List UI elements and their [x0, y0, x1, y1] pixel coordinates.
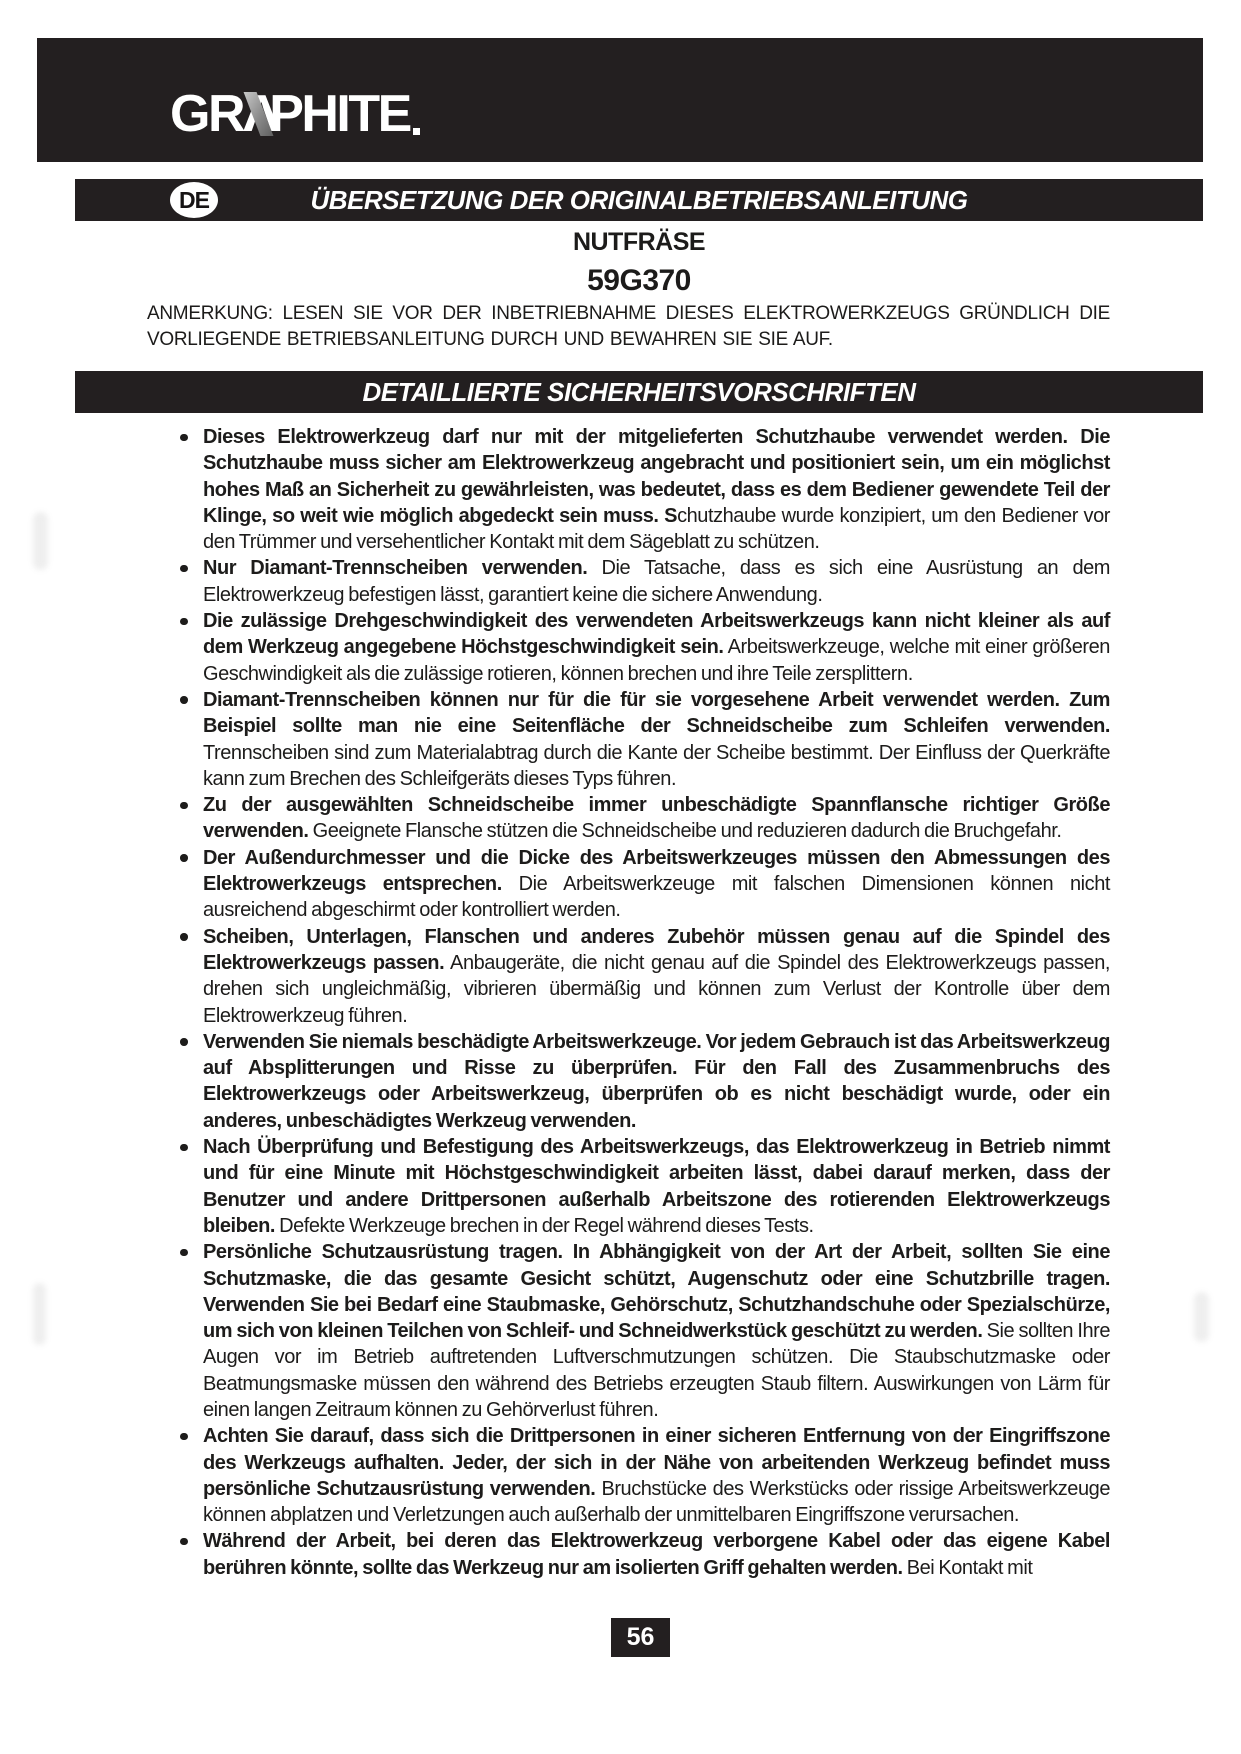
safety-list-item: Der Außendurchmesser und die Dicke des A…: [147, 845, 1110, 924]
scan-artifact: [1194, 1292, 1209, 1342]
bullet-rest-text: Bei Kontakt mit: [903, 1557, 1033, 1579]
manual-page: GR Λ PHITE DE ÜBERSETZUNG DER ORIGINALBE…: [0, 0, 1241, 1754]
scan-artifact: [33, 512, 48, 570]
bullet-bold-text: Persönliche Schutzausrüstung tragen. In …: [203, 1241, 1110, 1342]
scan-artifact: [33, 1283, 46, 1345]
safety-list-item: Während der Arbeit, bei deren das Elektr…: [147, 1528, 1110, 1581]
safety-list-item: Achten Sie darauf, dass sich die Drittpe…: [147, 1423, 1110, 1528]
model-number: 59G370: [75, 264, 1203, 298]
bullet-bold-text: Diamant-Trennscheiben können nur für die…: [203, 689, 1110, 737]
page-number-badge: 56: [611, 1618, 670, 1657]
bullet-rest-text: Geeignete Flansche stützen die Schneidsc…: [309, 820, 1062, 842]
bullet-icon: [180, 1249, 188, 1257]
safety-list-item: Persönliche Schutzausrüstung tragen. In …: [147, 1239, 1110, 1423]
translation-bar-title: ÜBERSETZUNG DER ORIGINALBETRIEBSANLEITUN…: [75, 179, 1203, 221]
bullet-icon: [180, 802, 188, 810]
safety-list-item: Verwenden Sie niemals beschädigte Arbeit…: [147, 1029, 1110, 1134]
bullet-icon: [180, 565, 188, 573]
safety-list-item: Scheiben, Unterlagen, Flanschen und ande…: [147, 924, 1110, 1029]
bullet-icon: [180, 854, 188, 862]
bullet-icon: [180, 434, 188, 442]
section-title: DETAILLIERTE SICHERHEITSVORSCHRIFTEN: [75, 371, 1203, 413]
logo-text-left: GR: [170, 92, 243, 136]
bullet-rest-text: Defekte Werkzeuge brechen in der Regel w…: [275, 1215, 814, 1237]
logo-text-right: PHITE: [269, 92, 410, 136]
safety-list-item: Nur Diamant-Trennscheiben verwenden. Die…: [147, 555, 1110, 608]
safety-list-item: Dieses Elektrowerkzeug darf nur mit der …: [147, 424, 1110, 555]
bullet-icon: [180, 1038, 188, 1046]
note-paragraph: ANMERKUNG: LESEN SIE VOR DER INBETRIEBNA…: [147, 301, 1110, 353]
bullet-icon: [180, 1144, 188, 1152]
brand-header-bar: GR Λ PHITE: [37, 38, 1203, 162]
safety-list-item: Zu der ausgewählten Schneidscheibe immer…: [147, 792, 1110, 845]
bullet-icon: [180, 618, 188, 626]
bullet-bold-text: Verwenden Sie niemals beschädigte Arbeit…: [203, 1031, 1110, 1132]
brand-logo: GR Λ PHITE: [170, 92, 420, 142]
safety-list-item: Diamant-Trennscheiben können nur für die…: [147, 687, 1110, 792]
bullet-icon: [180, 933, 188, 941]
bullet-rest-text: Trennscheiben sind zum Materialabtrag du…: [203, 742, 1110, 790]
safety-list: Dieses Elektrowerkzeug darf nur mit der …: [147, 424, 1110, 1581]
logo-dot-icon: [413, 128, 420, 135]
translation-bar: DE ÜBERSETZUNG DER ORIGINALBETRIEBSANLEI…: [75, 179, 1203, 221]
bullet-icon: [180, 696, 188, 704]
product-title: NUTFRÄSE: [75, 228, 1203, 257]
section-title-bar: DETAILLIERTE SICHERHEITSVORSCHRIFTEN: [75, 371, 1203, 413]
safety-list-item: Nach Überprüfung und Befestigung des Arb…: [147, 1134, 1110, 1239]
bullet-icon: [180, 1538, 188, 1546]
bullet-icon: [180, 1433, 188, 1441]
safety-list-item: Die zulässige Drehgeschwindigkeit des ve…: [147, 608, 1110, 687]
bullet-bold-text: Nur Diamant-Trennscheiben verwenden.: [203, 557, 587, 579]
